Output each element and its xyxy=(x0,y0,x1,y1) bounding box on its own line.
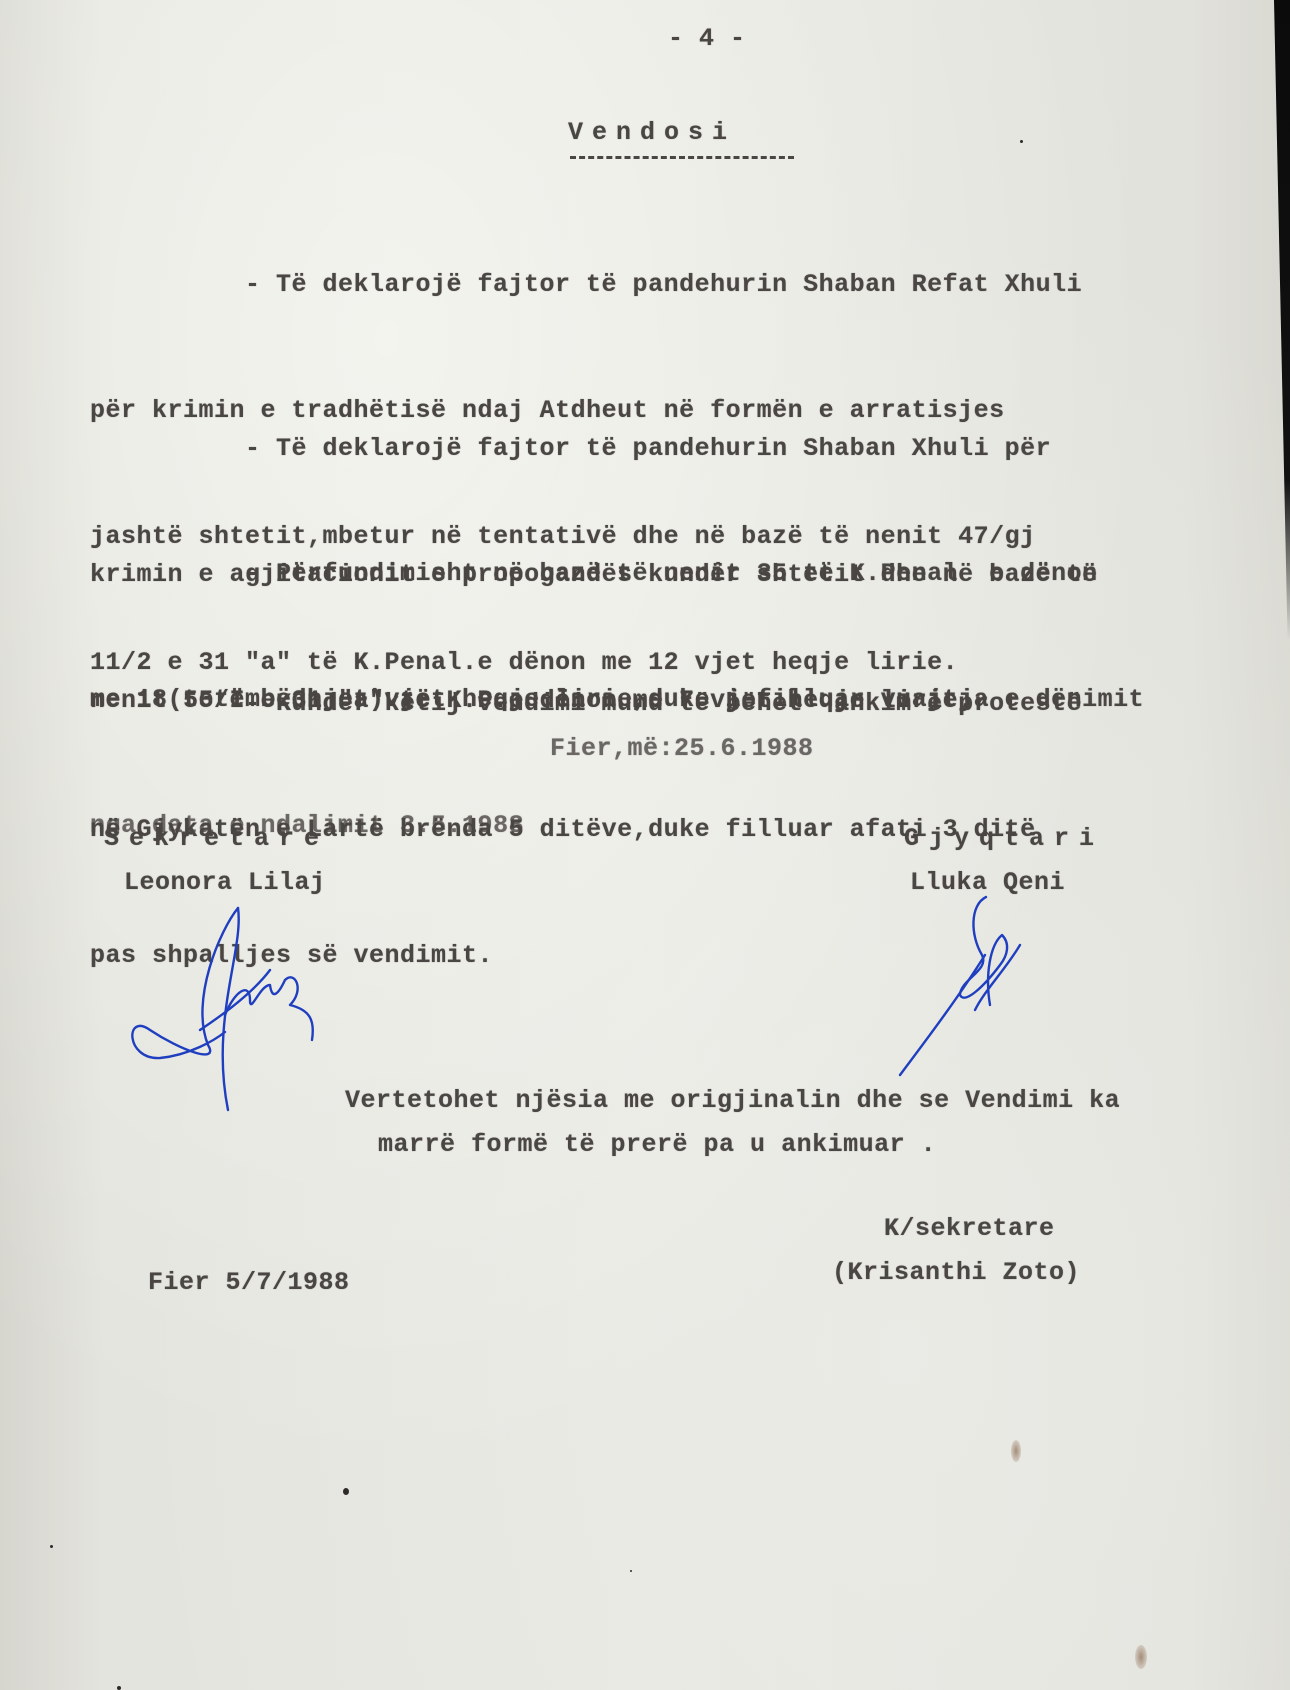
judge-title: Gjyqtari xyxy=(904,818,1104,860)
document-page: - 4 - Vendosi - Të deklarojë fajtor të p… xyxy=(0,0,1290,1690)
certification-date: Fier 5/7/1988 xyxy=(148,1262,350,1304)
certifier-title: K/sekretare xyxy=(884,1208,1055,1250)
paper-speck xyxy=(117,1686,121,1690)
page-edge-shadow xyxy=(1274,0,1290,640)
decision-line: - Të deklarojë fajtor të pandehurin Shab… xyxy=(90,264,1082,306)
document-heading: Vendosi xyxy=(568,112,736,154)
heading-underline xyxy=(570,156,794,159)
secretary-name: Leonora Lilaj xyxy=(124,862,326,904)
paper-stain xyxy=(1011,1440,1021,1462)
paper-speck xyxy=(50,1545,53,1548)
paper-speck xyxy=(630,1570,632,1572)
certification-line-1: Vertetohet njësia me origjinalin dhe se … xyxy=(345,1080,1120,1122)
judge-name: Lluka Qeni xyxy=(910,862,1065,904)
decision-line: - Përfundimisht në bazë të nenit 35 të K… xyxy=(90,553,1144,595)
decision-line: - Të deklarojë fajtor të pandehurin Shab… xyxy=(90,428,1098,470)
decision-line: - Kundër këtij vendimi mund të bëhet ank… xyxy=(90,683,1082,725)
secretary-title: Sekretare xyxy=(104,818,329,860)
decision-line: pas shpalljes së vendimit. xyxy=(90,935,1082,977)
paper-speck xyxy=(343,1488,349,1495)
page-number: - 4 - xyxy=(668,18,746,60)
paper-speck xyxy=(1020,140,1023,143)
certifier-name: (Krisanthi Zoto) xyxy=(832,1252,1080,1294)
place-date: Fier,më:25.6.1988 xyxy=(550,728,814,770)
paper-stain xyxy=(1135,1645,1147,1669)
certification-line-2: marrë formë të prerë pa u ankimuar . xyxy=(378,1124,936,1166)
